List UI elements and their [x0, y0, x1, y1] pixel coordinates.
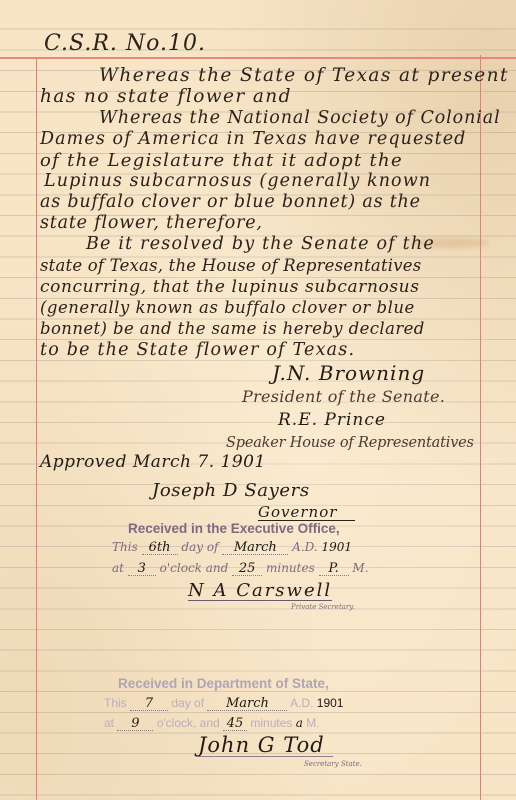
minutes-label: minutes [266, 561, 315, 575]
body-line-10: state of Texas, the House of Representat… [40, 258, 421, 275]
executive-month-value: March [222, 541, 288, 555]
body-line-7: as buffalo clover or blue bonnet) as the [40, 194, 421, 212]
state-dept-time-line: at 9 o'clock, and 45 minutes a M. [104, 717, 320, 731]
this-label: This [104, 696, 127, 710]
state-hour-value: 9 [117, 717, 153, 731]
executive-minutes-value: 25 [232, 562, 262, 576]
at-label: at [104, 716, 114, 730]
body-line-12: (generally known as buffalo clover or bl… [40, 300, 415, 317]
executive-office-stamp-heading: Received in the Executive Office, [128, 522, 340, 536]
body-line-13: bonnet) be and the same is hereby declar… [40, 321, 425, 338]
m-label: M. [306, 716, 319, 730]
senate-president-signature: J.N. Browning [272, 363, 425, 383]
executive-hour-value: 3 [128, 562, 156, 576]
state-year-value: 1901 [317, 696, 344, 710]
governor-title: Governor [258, 505, 355, 521]
body-line-5: of the Legislature that it adopt the [40, 152, 403, 170]
header-rule-line [0, 57, 516, 59]
house-speaker-signature: R.E. Prince [278, 412, 386, 429]
body-line-6: Lupinus subcarnosus (generally known [44, 173, 431, 191]
minutes-label: minutes [250, 716, 292, 730]
at-label: at [112, 561, 124, 575]
year-label: A.D. [290, 696, 313, 710]
state-minutes-value: 45 [223, 717, 247, 731]
this-label: This [112, 540, 138, 554]
state-day-value: 7 [130, 697, 168, 711]
secretary-of-state-title: Secretary State. [304, 760, 362, 768]
body-line-11: concurring, that the lupinus subcarnosus [40, 279, 420, 296]
day-of-label: day of [171, 696, 204, 710]
body-line-1: Whereas the State of Texas at present [99, 67, 509, 86]
state-dept-date-line: This 7 day of March A.D. 1901 [104, 697, 343, 711]
body-line-9: Be it resolved by the Senate of the [86, 236, 435, 254]
resolution-number: C.S.R. No.10. [44, 33, 206, 55]
right-margin-line [480, 55, 481, 800]
body-line-14: to be the State flower of Texas. [40, 342, 355, 360]
private-secretary-title: Private Secretary. [291, 603, 355, 611]
senate-president-title: President of the Senate. [242, 389, 445, 405]
body-line-3: Whereas the National Society of Colonial [99, 110, 501, 128]
executive-year-value: 1901 [321, 540, 352, 554]
house-speaker-title: Speaker House of Representatives [226, 436, 474, 451]
state-dept-stamp-heading: Received in Department of State, [118, 677, 329, 691]
executive-ampm-value: P. [319, 562, 349, 576]
body-line-2: has no state flower and [40, 88, 292, 107]
executive-office-time-line: at 3 o'clock and 25 minutes P. M. [112, 562, 369, 576]
day-of-label: day of [181, 540, 218, 554]
state-ampm-value: a [296, 716, 303, 730]
left-margin-line [36, 57, 37, 800]
ledger-page: C.S.R. No.10. Whereas the State of Texas… [0, 0, 516, 800]
m-label: M. [352, 561, 368, 575]
body-line-4: Dames of America in Texas have requested [40, 131, 466, 149]
executive-day-value: 6th [142, 541, 178, 555]
executive-office-date-line: This 6th day of March A.D. 1901 [112, 541, 352, 555]
approved-date: Approved March 7. 1901 [40, 454, 266, 471]
governor-signature: Joseph D Sayers [152, 482, 310, 500]
oclock-label: o'clock, and [157, 716, 220, 730]
body-line-8: state flower, therefore, [40, 215, 263, 233]
state-month-value: March [207, 697, 287, 711]
private-secretary-signature: N A Carswell [188, 582, 332, 601]
oclock-label: o'clock and [160, 561, 229, 575]
secretary-of-state-signature: John G Tod [198, 735, 333, 757]
year-label: A.D. [292, 540, 318, 554]
